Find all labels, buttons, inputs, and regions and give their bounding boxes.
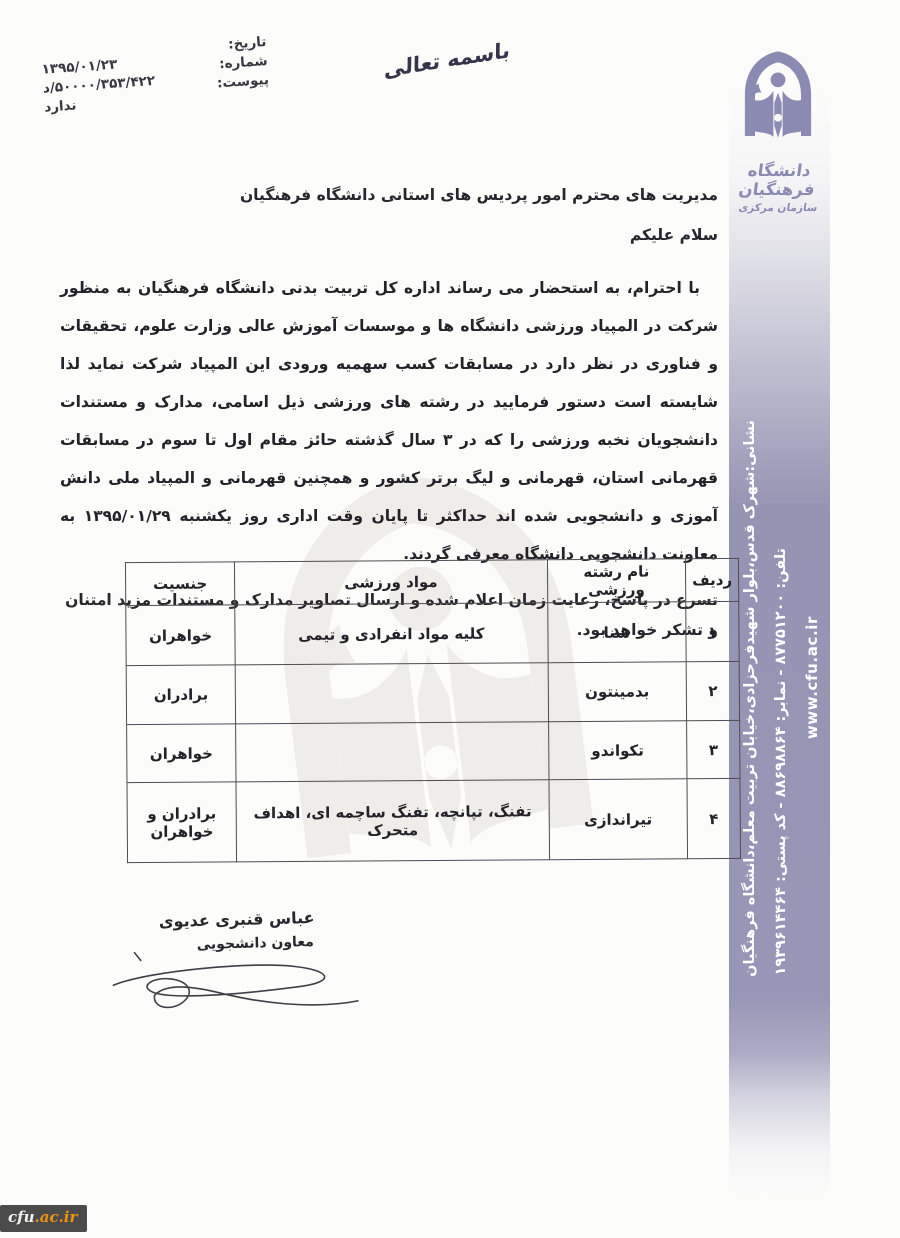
events-cell — [235, 663, 548, 724]
letterhead-contact-block: نشانی:شهرک قدس،بلوار شهیدفرحزادی،خیابان … — [735, 420, 830, 1048]
scanned-letter-page: نشانی:شهرک قدس،بلوار شهیدفرحزادی،خیابان … — [0, 0, 900, 1238]
events-cell — [236, 722, 549, 782]
salutation-line: سلام علیکم — [60, 226, 718, 244]
col-gender-header: جنسیت — [125, 562, 235, 606]
table-row: ۲ بدمینتون برادران — [126, 661, 739, 724]
badge-cfu-text: cfu — [8, 1208, 35, 1226]
phone-fax-postal-line: تلفن: ۸۷۷۵۱۲۰۰ - نمابر: ۸۸۶۹۸۸۶۴ - کد پس… — [766, 420, 797, 1048]
gender-cell: خواهران — [127, 724, 237, 783]
signature-name: عباس قنبری عدیوی — [121, 907, 351, 932]
col-rank-header: ردیف — [686, 558, 739, 601]
events-cell: تفنگ، تپانچه، تفنگ ساچمه ای، اهداف متحرک — [236, 780, 549, 862]
gender-cell: خواهران — [126, 605, 236, 666]
col-events-header: مواد ورزشی — [235, 560, 548, 605]
website-line: www.cfu.ac.ir — [797, 420, 828, 1048]
doc-meta-block: تاریخ: ۱۳۹۵/۰۱/۲۳ شماره: د/۵۰۰۰۰/۳۵۳/۴۲۲… — [34, 34, 269, 107]
rank-cell: ۲ — [686, 661, 739, 720]
table-row: ۱ شنا کلیه مواد انفرادی و تیمی خواهران — [126, 601, 739, 665]
rank-cell: ۱ — [686, 601, 739, 661]
org-subtitle: سازمان مرکزی — [719, 202, 837, 214]
letterhead-logo-block: دانشگاه فرهنگیان سازمان مرکزی — [720, 46, 836, 214]
sport-cell: بدمینتون — [548, 662, 687, 722]
sport-cell: تیراندازی — [549, 779, 688, 860]
events-cell: کلیه مواد انفرادی و تیمی — [235, 603, 548, 665]
org-name: دانشگاه فرهنگیان — [717, 161, 838, 199]
gender-cell: برادران و خواهران — [127, 782, 237, 863]
table-row: ۴ تیراندازی تفنگ، تپانچه، تفنگ ساچمه ای،… — [127, 778, 741, 862]
body-paragraph: با احترام، به استحضار می رساند اداره کل … — [60, 269, 718, 573]
handwritten-signature — [104, 937, 367, 1044]
bismillah-calligraphy: باسمه تعالی — [353, 33, 541, 87]
table-header-row: ردیف نام رشته ورزشی مواد ورزشی جنسیت — [125, 558, 738, 605]
rank-cell: ۳ — [687, 720, 740, 778]
sports-table: ردیف نام رشته ورزشی مواد ورزشی جنسیت ۱ ش… — [125, 558, 741, 863]
addressee-line: مدیریت های محترم امور پردیس های استانی د… — [60, 186, 718, 204]
university-logo-icon — [732, 46, 824, 156]
sport-cell: تکواندو — [548, 721, 687, 780]
signature-block: عباس قنبری عدیوی معاون دانشجویی — [121, 907, 352, 955]
gender-cell: برادران — [126, 665, 236, 725]
sport-cell: شنا — [547, 602, 686, 663]
date-label: تاریخ: — [208, 34, 267, 54]
cfu-badge: cfu.ac.ir — [0, 1205, 87, 1232]
rank-cell: ۴ — [687, 778, 740, 858]
col-sport-header: نام رشته ورزشی — [547, 559, 686, 603]
table-row: ۳ تکواندو خواهران — [127, 720, 740, 782]
number-label: شماره: — [209, 53, 268, 73]
attachment-label: پیوست: — [211, 72, 270, 92]
badge-acir-text: .ac.ir — [35, 1208, 78, 1226]
